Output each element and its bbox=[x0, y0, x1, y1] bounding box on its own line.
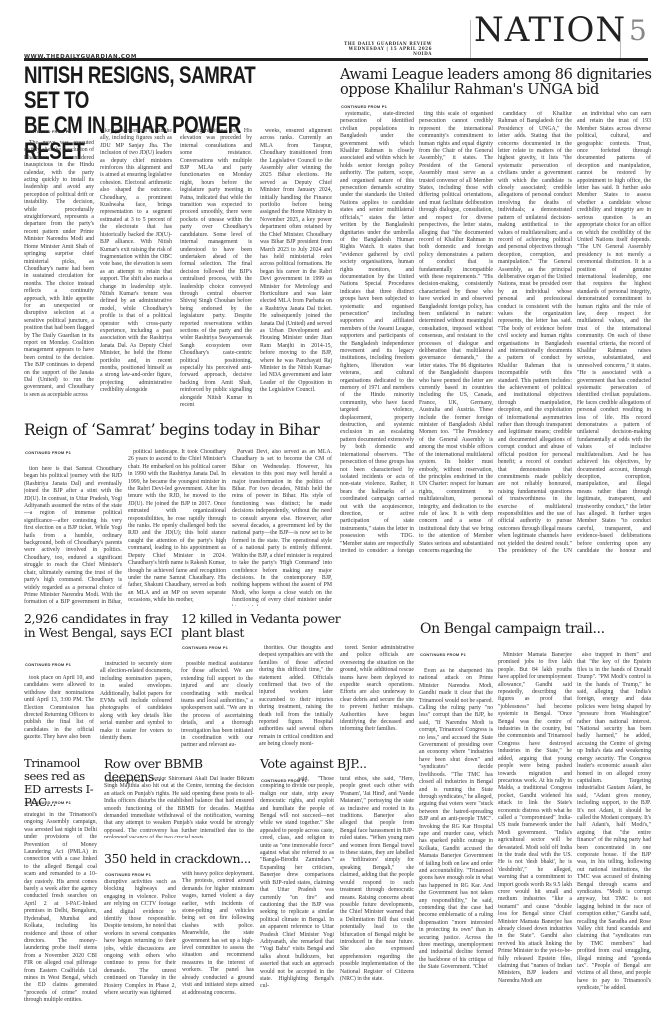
article-text: said, "Those conspiring to divide our pe… bbox=[260, 776, 334, 991]
article-text: tion here is that Samrat Choudhary began… bbox=[24, 466, 122, 606]
article-column: Minister Mamata Banerjee promised jobs t… bbox=[498, 652, 572, 1013]
article-text: senior Shiromani Akali Dal leader Bikram… bbox=[104, 776, 254, 838]
headline-awami[interactable]: Awami League leaders among 86 dignitarie… bbox=[340, 68, 660, 98]
article-text: ting this scale of organised persecution… bbox=[419, 111, 493, 553]
article-text: possible medical assistance for those af… bbox=[181, 661, 253, 750]
article-column: candidacy of Khalilur Rahman of Banglade… bbox=[498, 111, 572, 553]
section-title: NATION bbox=[474, 10, 626, 50]
headline-line: NITISH RESIGNS, SAMRAT SET TO bbox=[24, 63, 289, 113]
article-column: key power centres within the ally, inclu… bbox=[100, 128, 172, 415]
article-text: key power centres within the ally, inclu… bbox=[100, 128, 172, 395]
article-text: political landscape. It took Choudhary 2… bbox=[128, 449, 226, 605]
headline-bengal-trail[interactable]: On Bengal campaign trail... bbox=[420, 622, 660, 637]
article-column: political landscape. It took Choudhary 2… bbox=[128, 449, 226, 606]
continued-label: CONTINUED FROM P1 bbox=[25, 800, 71, 805]
continued-label: CONTINUED FROM P1 bbox=[105, 872, 151, 877]
article-column: Even as he sharpened his national attack… bbox=[419, 668, 493, 1013]
continued-label: CONTINUED FROM P1 bbox=[420, 652, 466, 657]
article-column: thorities. Our thoughts and deepest symp… bbox=[259, 645, 333, 751]
article-column: weeks, ensured alignment across ranks. C… bbox=[260, 128, 332, 415]
publication-info: THE DAILY GUARDIAN REVIEW WEDNESDAY | 15… bbox=[344, 41, 432, 57]
article-column: systematic, state-directed persecution o… bbox=[340, 111, 414, 553]
article-text: strategist in the Trinamool's ongoing As… bbox=[24, 812, 97, 1005]
article-text: weeks, ensured alignment across ranks. C… bbox=[260, 128, 332, 395]
headline-line: Awami League leaders among 86 dignitarie… bbox=[340, 68, 660, 83]
headline-line: oppose Khalilur Rahman's UNGA bid bbox=[340, 83, 660, 98]
headline-candidates[interactable]: 2,926 candidates in fray in West Bengal,… bbox=[24, 612, 174, 640]
article-column: tored. Senior administrative and police … bbox=[340, 645, 414, 755]
article-column: with heavy police deployment. The protes… bbox=[182, 871, 254, 1004]
article-text: disruptive activities such as blocking h… bbox=[104, 879, 176, 998]
article-text: systematic, state-directed persecution o… bbox=[340, 111, 414, 553]
headline-vote-bjp[interactable]: Vote against BJP... bbox=[260, 757, 420, 770]
article-column: his organisational role. His elevation w… bbox=[180, 128, 252, 415]
article-column: tion here is that Samrat Choudhary began… bbox=[24, 466, 122, 606]
article-text: thorities. Our thoughts and deepest symp… bbox=[259, 645, 333, 749]
headline-crackdown[interactable]: 350 held in crackdown... bbox=[104, 852, 264, 865]
article-column: senior Shiromani Akali Dal leader Bikram… bbox=[104, 776, 254, 838]
article-text: his organisational role. His elevation w… bbox=[180, 128, 252, 409]
article-text: Even as he sharpened his national attack… bbox=[419, 668, 493, 972]
article-text: an individual who can earn and retain th… bbox=[577, 111, 651, 553]
headline-reign-samrat[interactable]: Reign of ‘Samrat’ begins today in Bihar bbox=[24, 422, 344, 438]
article-column: disruptive activities such as blocking h… bbox=[104, 879, 176, 1004]
article-text: took place on April 10, and candidates w… bbox=[24, 675, 94, 742]
article-column: possible medical assistance for those af… bbox=[181, 661, 253, 751]
article-text: tored. Senior administrative and police … bbox=[340, 645, 414, 734]
article-column: ting this scale of organised persecution… bbox=[419, 111, 493, 553]
article-column: an individual who can earn and retain th… bbox=[577, 111, 651, 553]
masthead-divider bbox=[620, 20, 621, 58]
article-column: said, "Those conspiring to divide our pe… bbox=[260, 776, 334, 1012]
article-text: Parvati Devi, also served as an MLA. Cha… bbox=[232, 449, 332, 606]
article-column: tural ethos, she said, "Here, people gre… bbox=[340, 776, 414, 1012]
headline-vedanta[interactable]: 12 killed in Vedanta power plant blast bbox=[181, 612, 341, 640]
publication-city: NOIDA bbox=[344, 51, 432, 56]
article-text: tural ethos, she said, "Here, people gre… bbox=[340, 776, 414, 983]
article-column: strategist in the Trinamool's ongoing As… bbox=[24, 812, 97, 1012]
continued-label: CONTINUED FROM P1 bbox=[25, 450, 71, 455]
continued-label: CONTINUED FROM P1 bbox=[25, 129, 71, 134]
continued-label: CONTINUED FROM P1 bbox=[341, 104, 387, 109]
article-column: The move was executed swiftly after the … bbox=[24, 140, 94, 415]
masthead-rule bbox=[24, 58, 648, 61]
article-text: with heavy police deployment. The protes… bbox=[182, 871, 254, 997]
page-number: 5 bbox=[629, 14, 647, 47]
article-text: candidacy of Khalilur Rahman of Banglade… bbox=[498, 111, 572, 553]
article-column: Parvati Devi, also served as an MLA. Cha… bbox=[232, 449, 332, 606]
continued-label: CONTINUED FROM P1 bbox=[25, 662, 71, 667]
masthead-divider bbox=[470, 20, 471, 58]
article-column: took place on April 10, and candidates w… bbox=[24, 675, 94, 750]
article-column: also trapped in them" and that "the key … bbox=[577, 652, 651, 1013]
article-column: instructed to securely store all electio… bbox=[100, 661, 172, 750]
article-text: Minister Mamata Banerjee promised jobs t… bbox=[498, 652, 572, 985]
article-text: The move was executed swiftly after the … bbox=[24, 140, 94, 399]
continued-label: CONTINUED FROM P1 bbox=[182, 645, 228, 650]
article-text: instructed to securely store all electio… bbox=[100, 661, 172, 742]
article-text: also trapped in them" and that "the key … bbox=[577, 652, 651, 993]
